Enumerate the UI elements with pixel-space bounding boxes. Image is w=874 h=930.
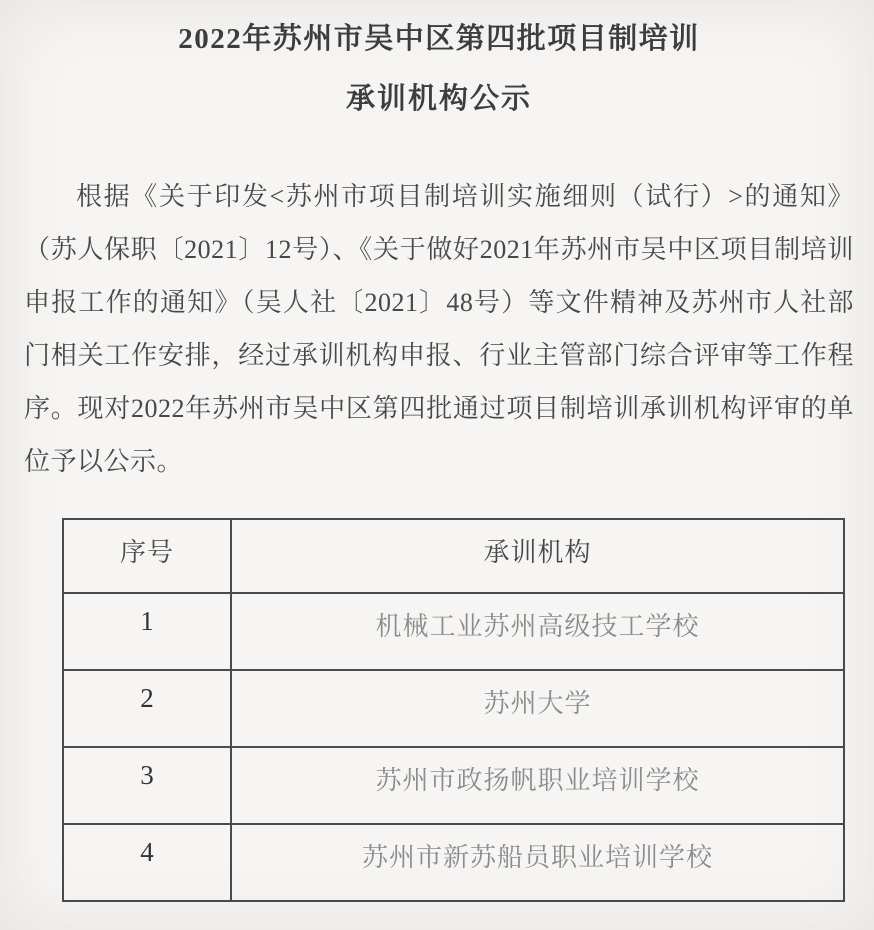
announcement-document: 2022年苏州市吴中区第四批项目制培训 承训机构公示 根据《关于印发<苏州市项目… <box>0 0 874 930</box>
institutions-table: 序号 承训机构 1 机械工业苏州高级技工学校 2 苏州大学 3 苏州市政扬帆职业… <box>62 518 845 902</box>
table-row: 1 机械工业苏州高级技工学校 <box>63 593 844 670</box>
serial-number-cell: 1 <box>63 593 231 670</box>
serial-number-cell: 3 <box>63 747 231 824</box>
institution-name-cell: 苏州大学 <box>231 670 844 747</box>
announcement-body-paragraph: 根据《关于印发<苏州市项目制培训实施细则（试行）>的通知》（苏人保职〔2021〕… <box>24 170 854 488</box>
table-row: 4 苏州市新苏船员职业培训学校 <box>63 824 844 901</box>
table-header-row: 序号 承训机构 <box>63 519 844 593</box>
table-row: 3 苏州市政扬帆职业培训学校 <box>63 747 844 824</box>
header-cell-institution: 承训机构 <box>231 519 844 593</box>
serial-number-cell: 4 <box>63 824 231 901</box>
institution-name-cell: 苏州市新苏船员职业培训学校 <box>231 824 844 901</box>
serial-number-cell: 2 <box>63 670 231 747</box>
table-row: 2 苏州大学 <box>63 670 844 747</box>
institution-name-cell: 苏州市政扬帆职业培训学校 <box>231 747 844 824</box>
header-cell-serial-number: 序号 <box>63 519 231 593</box>
document-title-line1: 2022年苏州市吴中区第四批项目制培训 <box>24 20 854 58</box>
document-title-line2: 承训机构公示 <box>24 80 854 118</box>
institution-name-cell: 机械工业苏州高级技工学校 <box>231 593 844 670</box>
